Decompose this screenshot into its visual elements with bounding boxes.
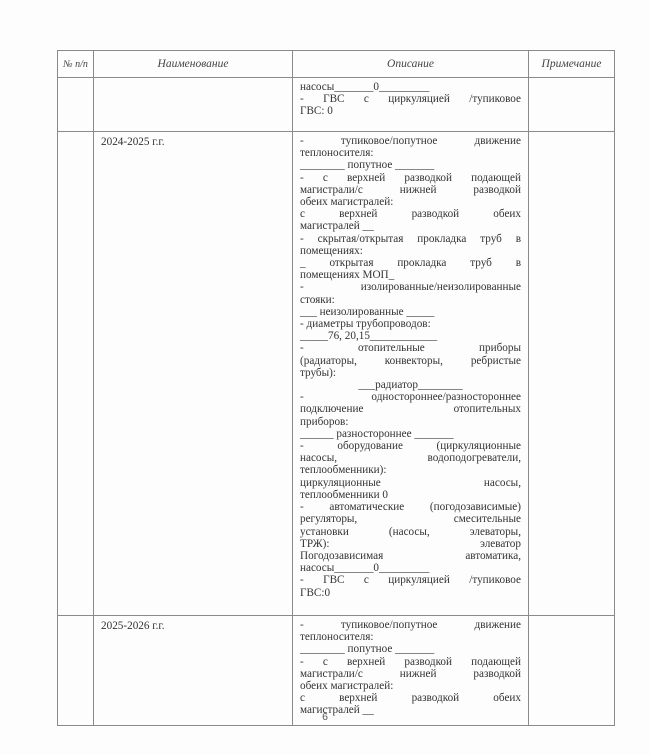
description-line: ___радиатор________ (300, 379, 521, 391)
row-number (58, 616, 94, 726)
description-line: ГВС:0 (300, 587, 521, 599)
row-name: 2024-2025 г.г. (94, 132, 293, 616)
description-line: (радиаторы, конвекторы, ребристые (300, 355, 521, 367)
description-line: насосы_______0_________ (300, 81, 521, 93)
description-line: ___ неизолированные _____ (300, 306, 521, 318)
document-page: № п/п Наименование Описание Примечание н… (0, 0, 650, 755)
table-header-row: № п/п Наименование Описание Примечание (58, 51, 615, 78)
heating-system-table: № п/п Наименование Описание Примечание н… (57, 50, 615, 726)
description-line: - изолированные/неизолированные (300, 281, 521, 293)
description-line: магистралей __ (300, 220, 521, 232)
description-line: трубы): (300, 367, 521, 379)
row-note (529, 616, 615, 726)
description-line: подключение отопительных (300, 403, 521, 415)
description-line: - с верхней разводкой подающей (300, 656, 521, 668)
description-line: - скрытая/открытая прокладка труб в (300, 233, 521, 245)
description-line: помещениях МОП_ (300, 269, 521, 281)
description-line: - диаметры трубопроводов: (300, 318, 521, 330)
table-row: 2024-2025 г.г. - тупиковое/попутное движ… (58, 132, 615, 616)
description-line: - автоматические (погодозависимые) (300, 501, 521, 513)
row-description: - тупиковое/попутное движениетеплоносите… (293, 132, 529, 616)
description-line: циркуляционные насосы, (300, 477, 521, 489)
description-line: магистрали/с нижней разводкой (300, 668, 521, 680)
description-line: установки (насосы, элеваторы, (300, 526, 521, 538)
description-line: ______ разностороннее _______ (300, 428, 521, 440)
description-line: с верхней разводкой обеих (300, 692, 521, 704)
description-line: - оборудование (циркуляционные (300, 440, 521, 452)
description-line: _ открытая прокладка труб в (300, 257, 521, 269)
description-line: - тупиковое/попутное движение (300, 619, 521, 631)
header-description: Описание (293, 51, 529, 78)
description-line: теплоносителя: (300, 147, 521, 159)
row-name (94, 78, 293, 132)
description-line: - тупиковое/попутное движение (300, 135, 521, 147)
description-line: обеих магистралей: (300, 680, 521, 692)
header-number: № п/п (58, 51, 94, 78)
row-note (529, 78, 615, 132)
page-number: 6 (0, 711, 650, 723)
description-line: - отопительные приборы (300, 342, 521, 354)
description-line: теплообменники 0 (300, 489, 521, 501)
description-line: _____76, 20,15____________ (300, 330, 521, 342)
description-line: теплоносителя: (300, 631, 521, 643)
row-note (529, 132, 615, 616)
description-line: Погодозависимая автоматика, (300, 550, 521, 562)
description-line: - ГВС с циркуляцией /тупиковое (300, 574, 521, 586)
description-line: насосы_______0_________ (300, 562, 521, 574)
header-note: Примечание (529, 51, 615, 78)
description-line: ТРЖ): элеватор (300, 538, 521, 550)
description-line: приборов: (300, 416, 521, 428)
description-line: - с верхней разводкой подающей (300, 172, 521, 184)
description-line: регуляторы, смесительные (300, 513, 521, 525)
description-line: теплообменники): (300, 464, 521, 476)
description-line: с верхней разводкой обеих (300, 208, 521, 220)
row-number (58, 78, 94, 132)
row-number (58, 132, 94, 616)
table-row: насосы_______0_________- ГВС с циркуляци… (58, 78, 615, 132)
description-line: - ГВС с циркуляцией /тупиковое (300, 93, 521, 105)
table-row: 2025-2026 г.г. - тупиковое/попутное движ… (58, 616, 615, 726)
description-line: ________ попутное _______ (300, 159, 521, 171)
description-line: ________ попутное _______ (300, 643, 521, 655)
description-line: обеих магистралей: (300, 196, 521, 208)
row-name: 2025-2026 г.г. (94, 616, 293, 726)
description-line: магистрали/с нижней разводкой (300, 184, 521, 196)
description-line: насосы, водоподогреватели, (300, 452, 521, 464)
description-line: - одностороннее/разностороннее (300, 391, 521, 403)
description-line: помещениях: (300, 245, 521, 257)
description-line: ГВС: 0 (300, 105, 521, 117)
description-line: стояки: (300, 294, 521, 306)
row-description: - тупиковое/попутное движениетеплоносите… (293, 616, 529, 726)
header-name: Наименование (94, 51, 293, 78)
row-description: насосы_______0_________- ГВС с циркуляци… (293, 78, 529, 132)
